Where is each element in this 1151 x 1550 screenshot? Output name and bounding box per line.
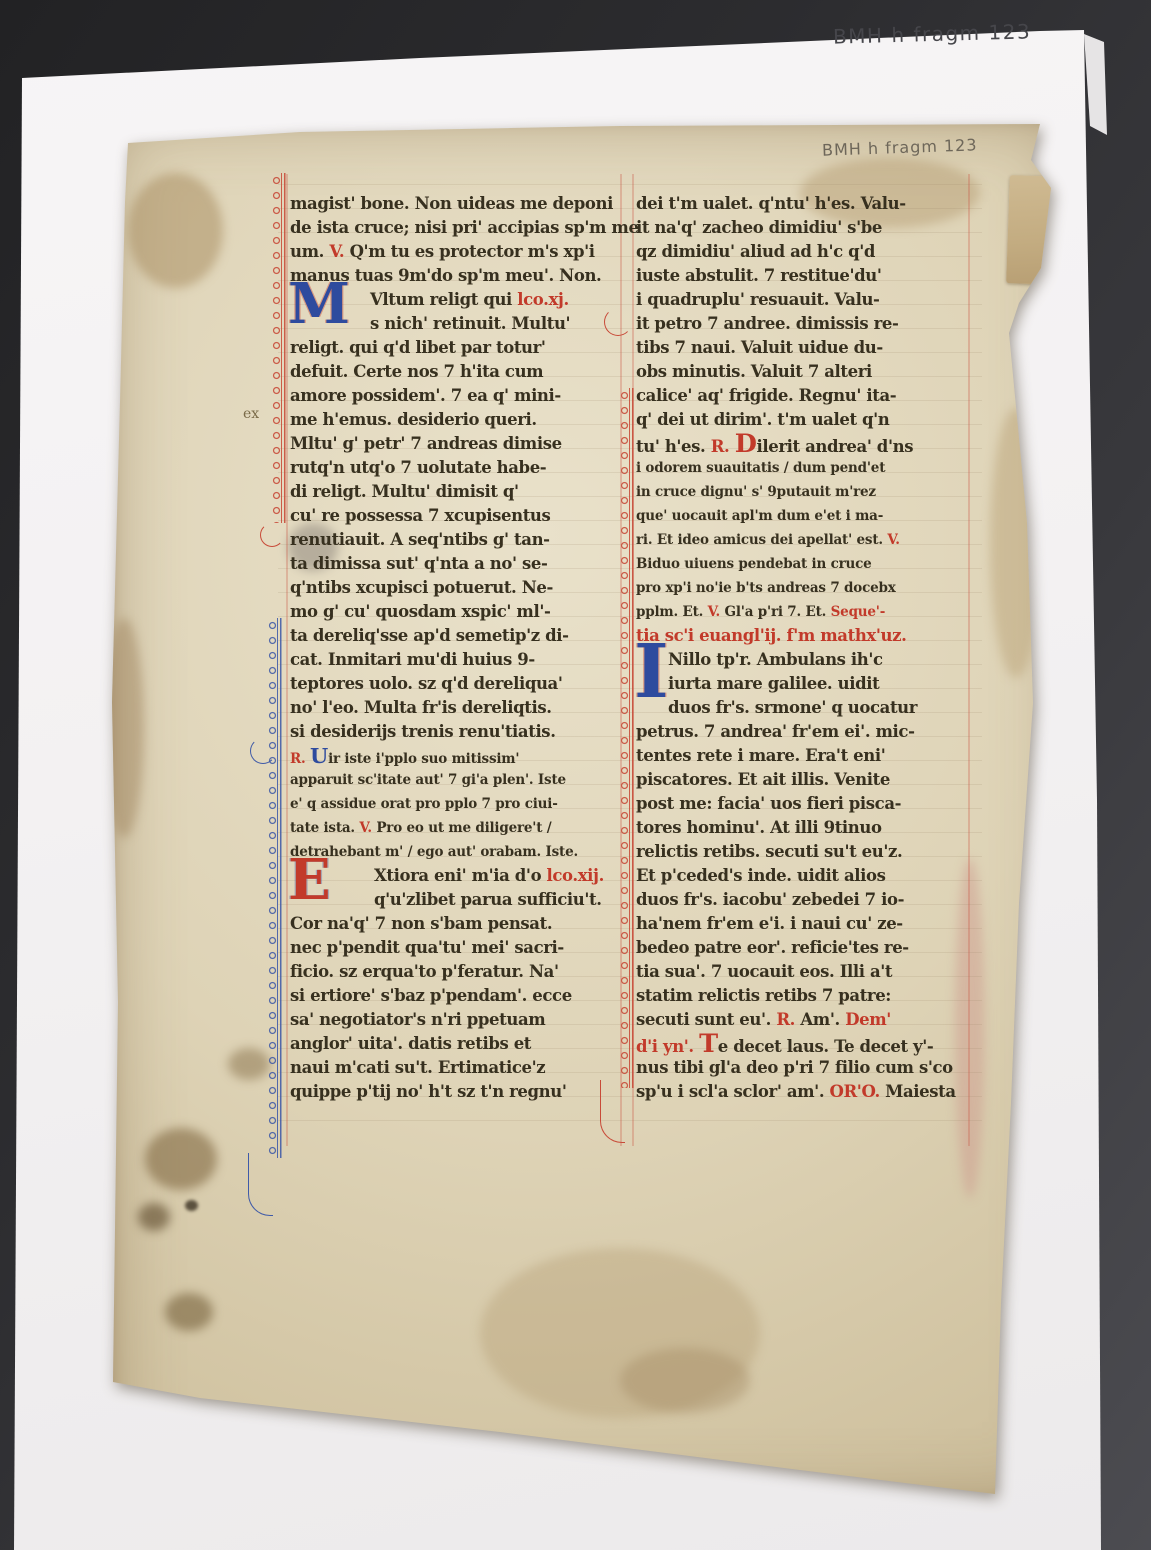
manuscript-leaf-wrap: BMH h fragm 123 ex magist' bone. Non uid… — [110, 118, 1066, 1506]
body-text: ilerit andrea' d'ns — [757, 437, 914, 456]
penwork-curl-red — [260, 523, 284, 547]
text-line: Mltu' g' petr' 7 andreas dimise — [290, 432, 638, 456]
body-text: tia sua'. 7 uocauit eos. Illi a't — [636, 962, 892, 981]
penwork-curl-blue — [250, 738, 276, 764]
text-line: defuit. Certe nos 7 h'ita cum — [290, 360, 638, 384]
body-text: Pro eo ut me diligere't / — [372, 820, 552, 836]
text-line: apparuit sc'itate aut' 7 gi'a plen'. Ist… — [290, 768, 638, 792]
body-text: tibs 7 naui. Valuit uidue du- — [636, 338, 883, 357]
body-text: piscatores. Et ait illis. Venite — [636, 770, 890, 789]
body-text: dei t'm ualet. q'ntu' h'es. Valu- — [636, 194, 906, 213]
body-text: Nillo tp'r. Ambulans ih'c — [668, 650, 883, 669]
text-line: tores hominu'. At illi 9tinuo — [636, 816, 984, 840]
rubric-text: V. — [887, 532, 899, 548]
text-line: secuti sunt eu'. R. Am'. Dem' — [636, 1008, 984, 1032]
illuminated-initial-E: E — [288, 856, 331, 905]
text-line: teptores uolo. sz q'd dereliqua' — [290, 672, 638, 696]
body-text: sp'u i scl'a sclor' am'. — [636, 1082, 830, 1101]
illuminated-initial-M: M — [288, 280, 350, 329]
text-line: Et p'ceded's inde. uidit alios — [636, 864, 984, 888]
body-text: it petro 7 andree. dimissis re- — [636, 314, 898, 333]
text-line: d'i yn'. Te decet laus. Te decet y'- — [636, 1032, 984, 1056]
text-line: Biduo uiuens pendebat in cruce — [636, 552, 984, 576]
text-line: rutq'n utq'o 7 uolutate habe- — [290, 456, 638, 480]
body-text: duos fr's. iacobu' zebedei 7 io- — [636, 890, 904, 909]
margin-note-ex: ex — [243, 406, 259, 422]
body-text: quippe p'tij no' h't sz t'n regnu' — [290, 1082, 567, 1101]
penwork-border-left-red — [272, 173, 287, 523]
body-text: religt. qui q'd libet par totur' — [290, 338, 546, 357]
text-column-1: magist' bone. Non uideas me deponide ist… — [290, 192, 638, 1104]
rubric-text: V. — [329, 242, 344, 261]
rubric-text: Seque'- — [831, 604, 886, 620]
body-text: apparuit sc'itate aut' 7 gi'a plen'. Ist… — [290, 772, 566, 788]
rubric-text: d'i yn'. — [636, 1037, 699, 1056]
body-text: di religt. Multu' dimisit q' — [290, 482, 519, 501]
text-line: tu' h'es. R. Dilerit andrea' d'ns — [636, 432, 984, 456]
stain — [145, 1128, 217, 1190]
body-text: magist' bone. Non uideas me deponi — [290, 194, 613, 213]
text-line: que' uocauit apl'm dum e'et i ma- — [636, 504, 984, 528]
text-line: ficio. sz erqua'to p'feratur. Na' — [290, 960, 638, 984]
text-line: bedeo patre eor'. reficie'tes re- — [636, 936, 984, 960]
text-line: dei t'm ualet. q'ntu' h'es. Valu- — [636, 192, 984, 216]
body-text: nus tibi gl'a deo p'ri 7 filio cum s'co — [636, 1058, 953, 1077]
body-text: calice' aq' frigide. Regnu' ita- — [636, 386, 896, 405]
text-line: tia sua'. 7 uocauit eos. Illi a't — [636, 960, 984, 984]
text-line: i odorem suauitatis / dum pend'et — [636, 456, 984, 480]
body-text: Mltu' g' petr' 7 andreas dimise — [290, 434, 562, 453]
body-text: que' uocauit apl'm dum e'et i ma- — [636, 508, 883, 524]
text-line: nec p'pendit qua'tu' mei' sacri- — [290, 936, 638, 960]
body-text: teptores uolo. sz q'd dereliqua' — [290, 674, 563, 693]
text-line: Cor na'q' 7 non s'bam pensat. — [290, 912, 638, 936]
body-text: i odorem suauitatis / dum pend'et — [636, 460, 885, 476]
penwork-border-left-blue — [268, 618, 283, 1158]
text-line: tibs 7 naui. Valuit uidue du- — [636, 336, 984, 360]
text-line: si desiderijs trenis renu'tiatis. — [290, 720, 638, 744]
illuminated-initial-I: I — [634, 640, 669, 705]
text-line: de ista cruce; nisi pri' accipias sp'm m… — [290, 216, 638, 240]
body-text: sa' negotiator's n'ri ppetuam — [290, 1010, 545, 1029]
rubric-text: R. — [290, 751, 310, 767]
body-text: e' q assidue orat pro pplo 7 pro ciui- — [290, 796, 558, 812]
text-line: iuste abstulit. 7 restitue'du' — [636, 264, 984, 288]
body-text: Q'm tu es protector m's xp'i — [344, 242, 594, 261]
text-line: nus tibi gl'a deo p'ri 7 filio cum s'co — [636, 1056, 984, 1080]
body-text: s nich' retinuit. Multu' — [370, 314, 570, 333]
body-text: statim relictis retibs 7 patre: — [636, 986, 891, 1005]
text-line: tentes rete i mare. Era't eni' — [636, 744, 984, 768]
body-text: naui m'cati su't. Ertimatice'z — [290, 1058, 545, 1077]
body-text: tate ista. — [290, 820, 359, 836]
body-text: q'ntibs xcupisci potuerut. Ne- — [290, 578, 553, 597]
body-text: duos fr's. srmone' q uocatur — [668, 698, 917, 717]
body-text: nec p'pendit qua'tu' mei' sacri- — [290, 938, 564, 957]
body-text: ri. Et ideo amicus dei apellat' est. — [636, 532, 887, 548]
stain — [104, 618, 144, 838]
text-line: si ertiore' s'baz p'pendam'. ecce — [290, 984, 638, 1008]
body-text: ta dereliq'sse ap'd semetip'z di- — [290, 626, 569, 645]
text-line: qz dimidiu' aliud ad h'c q'd — [636, 240, 984, 264]
text-line: me h'emus. desiderio queri. — [290, 408, 638, 432]
text-line: petrus. 7 andrea' fr'em ei'. mic- — [636, 720, 984, 744]
body-text: qz dimidiu' aliud ad h'c q'd — [636, 242, 875, 261]
text-line: ri. Et ideo amicus dei apellat' est. V. — [636, 528, 984, 552]
text-column-2: dei t'm ualet. q'ntu' h'es. Valu-it na'q… — [636, 192, 984, 1104]
body-text: Xtiora eni' m'ia d'o — [374, 866, 547, 885]
body-text: iurta mare galilee. uidit — [668, 674, 879, 693]
rubric-text: lco.xij. — [547, 866, 604, 885]
stain — [990, 408, 1042, 678]
text-line: in cruce dignu' s' 9putauit m'rez — [636, 480, 984, 504]
stain — [165, 1293, 213, 1331]
text-line: cat. Inmitari mu'di huius 9- — [290, 648, 638, 672]
text-line: ta dereliq'sse ap'd semetip'z di- — [290, 624, 638, 648]
body-text: Biduo uiuens pendebat in cruce — [636, 556, 872, 572]
text-line: quippe p'tij no' h't sz t'n regnu' — [290, 1080, 638, 1104]
text-line: R. Uir iste i'pplo suo mitissim' — [290, 744, 638, 768]
text-line: anglor' uita'. datis retibs et — [290, 1032, 638, 1056]
text-line: mo g' cu' quosdam xspic' ml'- — [290, 600, 638, 624]
body-text: detrahebant m' / ego aut' orabam. Iste. — [290, 844, 578, 860]
body-text: ficio. sz erqua'to p'feratur. Na' — [290, 962, 559, 981]
tape-repair — [1006, 175, 1062, 285]
inline-initial: D — [735, 429, 757, 459]
body-text: ha'nem fr'em e'i. i naui cu' ze- — [636, 914, 903, 933]
body-text: Am'. — [795, 1010, 845, 1029]
stain — [620, 1348, 750, 1413]
body-text: rutq'n utq'o 7 uolutate habe- — [290, 458, 546, 477]
body-text: it na'q' zacheo dimidiu' s'be — [636, 218, 882, 237]
text-line: relictis retibs. secuti su't eu'z. — [636, 840, 984, 864]
text-line: i quadruplu' resuauit. Valu- — [636, 288, 984, 312]
body-text: tu' h'es. — [636, 437, 711, 456]
text-line: piscatores. Et ait illis. Venite — [636, 768, 984, 792]
body-text: Vltum religt qui — [370, 290, 517, 309]
body-text: in cruce dignu' s' 9putauit m'rez — [636, 484, 876, 500]
body-text: amore possidem'. 7 ea q' mini- — [290, 386, 561, 405]
body-text: iuste abstulit. 7 restitue'du' — [636, 266, 882, 285]
text-line: um. V. Q'm tu es protector m's xp'i — [290, 240, 638, 264]
text-line: magist' bone. Non uideas me deponi — [290, 192, 638, 216]
manuscript-leaf: BMH h fragm 123 ex magist' bone. Non uid… — [110, 118, 1066, 1506]
text-line: duos fr's. iacobu' zebedei 7 io- — [636, 888, 984, 912]
body-text: tentes rete i mare. Era't eni' — [636, 746, 885, 765]
text-line: q'ntibs xcupisci potuerut. Ne- — [290, 576, 638, 600]
photo-background: BMH h fragm 123 BMH h fragm 123 ex — [0, 0, 1151, 1550]
body-text: si ertiore' s'baz p'pendam'. ecce — [290, 986, 572, 1005]
text-line: ha'nem fr'em e'i. i naui cu' ze- — [636, 912, 984, 936]
text-line: e' q assidue orat pro pplo 7 pro ciui- — [290, 792, 638, 816]
body-text: secuti sunt eu'. — [636, 1010, 776, 1029]
body-text: q' dei ut dirim'. t'm ualet q'n — [636, 410, 889, 429]
text-line: tate ista. V. Pro eo ut me diligere't / — [290, 816, 638, 840]
text-line: amore possidem'. 7 ea q' mini- — [290, 384, 638, 408]
text-line: renutiauit. A seq'ntibs g' tan- — [290, 528, 638, 552]
text-line: post me: facia' uos fieri pisca- — [636, 792, 984, 816]
text-line: religt. qui q'd libet par totur' — [290, 336, 638, 360]
text-line: obs minutis. Valuit 7 alteri — [636, 360, 984, 384]
body-text: post me: facia' uos fieri pisca- — [636, 794, 901, 813]
text-line: Nillo tp'r. Ambulans ih'c — [636, 648, 984, 672]
text-line: duos fr's. srmone' q uocatur — [636, 696, 984, 720]
body-text: no' l'eo. Multa fr'is dereliqtis. — [290, 698, 552, 717]
text-line: pro xp'i no'ie b'ts andreas 7 docebx — [636, 576, 984, 600]
rubric-text: R. — [711, 437, 735, 456]
body-text: bedeo patre eor'. reficie'tes re- — [636, 938, 909, 957]
inline-initial: U — [310, 743, 328, 768]
stain — [185, 1200, 198, 1211]
body-text: pro xp'i no'ie b'ts andreas 7 docebx — [636, 580, 896, 596]
text-line: statim relictis retibs 7 patre: — [636, 984, 984, 1008]
body-text: obs minutis. Valuit 7 alteri — [636, 362, 872, 381]
text-line: detrahebant m' / ego aut' orabam. Iste. — [290, 840, 638, 864]
body-text: si desiderijs trenis renu'tiatis. — [290, 722, 556, 741]
body-text: renutiauit. A seq'ntibs g' tan- — [290, 530, 550, 549]
text-line: Xtiora eni' m'ia d'o lco.xij. — [290, 864, 638, 888]
rubric-text: tia sc'i euangl'ij. f'm mathx'uz. — [636, 626, 906, 645]
body-text: Et p'ceded's inde. uidit alios — [636, 866, 885, 885]
body-text: defuit. Certe nos 7 h'ita cum — [290, 362, 543, 381]
body-text: Maiesta — [880, 1082, 956, 1101]
body-text: ir iste i'pplo suo mitissim' — [328, 751, 519, 767]
text-line: q'u'zlibet parua sufficiu't. — [290, 888, 638, 912]
body-text: tores hominu'. At illi 9tinuo — [636, 818, 882, 837]
rubric-text: V. — [708, 604, 720, 620]
text-line: tia sc'i euangl'ij. f'm mathx'uz. — [636, 624, 984, 648]
inline-initial: T — [699, 1029, 718, 1059]
stain — [128, 173, 223, 288]
body-text: cat. Inmitari mu'di huius 9- — [290, 650, 535, 669]
text-line: sp'u i scl'a sclor' am'. OR'O. Maiesta — [636, 1080, 984, 1104]
body-text: petrus. 7 andrea' fr'em ei'. mic- — [636, 722, 915, 741]
text-line: calice' aq' frigide. Regnu' ita- — [636, 384, 984, 408]
body-text: cu' re possessa 7 xcupisentus — [290, 506, 550, 525]
body-text: i quadruplu' resuauit. Valu- — [636, 290, 880, 309]
rubric-text: Dem' — [845, 1010, 891, 1029]
text-line: it petro 7 andree. dimissis re- — [636, 312, 984, 336]
body-text: pplm. Et. — [636, 604, 708, 620]
text-line: di religt. Multu' dimisit q' — [290, 480, 638, 504]
body-text: de ista cruce; nisi pri' accipias sp'm m… — [290, 218, 639, 237]
rubric-text: R. — [776, 1010, 795, 1029]
text-line: it na'q' zacheo dimidiu' s'be — [636, 216, 984, 240]
body-text: ta dimissa sut' q'nta a no' se- — [290, 554, 547, 573]
text-line: q' dei ut dirim'. t'm ualet q'n — [636, 408, 984, 432]
rubric-text: lco.xj. — [517, 290, 569, 309]
text-line: no' l'eo. Multa fr'is dereliqtis. — [290, 696, 638, 720]
text-line: cu' re possessa 7 xcupisentus — [290, 504, 638, 528]
body-text: relictis retibs. secuti su't eu'z. — [636, 842, 902, 861]
body-text: Cor na'q' 7 non s'bam pensat. — [290, 914, 552, 933]
text-line: sa' negotiator's n'ri ppetuam — [290, 1008, 638, 1032]
rubric-text: OR'O. — [830, 1082, 880, 1101]
text-line: iurta mare galilee. uidit — [636, 672, 984, 696]
body-text: um. — [290, 242, 329, 261]
body-text: e decet laus. Te decet y'- — [718, 1037, 934, 1056]
text-line: naui m'cati su't. Ertimatice'z — [290, 1056, 638, 1080]
body-text: me h'emus. desiderio queri. — [290, 410, 537, 429]
body-text: mo g' cu' quosdam xspic' ml'- — [290, 602, 550, 621]
text-line: pplm. Et. V. Gl'a p'ri 7. Et. Seque'- — [636, 600, 984, 624]
body-text: Gl'a p'ri 7. Et. — [720, 604, 831, 620]
text-line: ta dimissa sut' q'nta a no' se- — [290, 552, 638, 576]
rubric-text: V. — [359, 820, 371, 836]
penwork-flourish-blue — [248, 1153, 273, 1216]
shelfmark-label-leaf: BMH h fragm 123 — [822, 135, 978, 159]
stain — [138, 1203, 170, 1231]
stain — [228, 1048, 270, 1080]
body-text: anglor' uita'. datis retibs et — [290, 1034, 531, 1053]
body-text: q'u'zlibet parua sufficiu't. — [374, 890, 602, 909]
